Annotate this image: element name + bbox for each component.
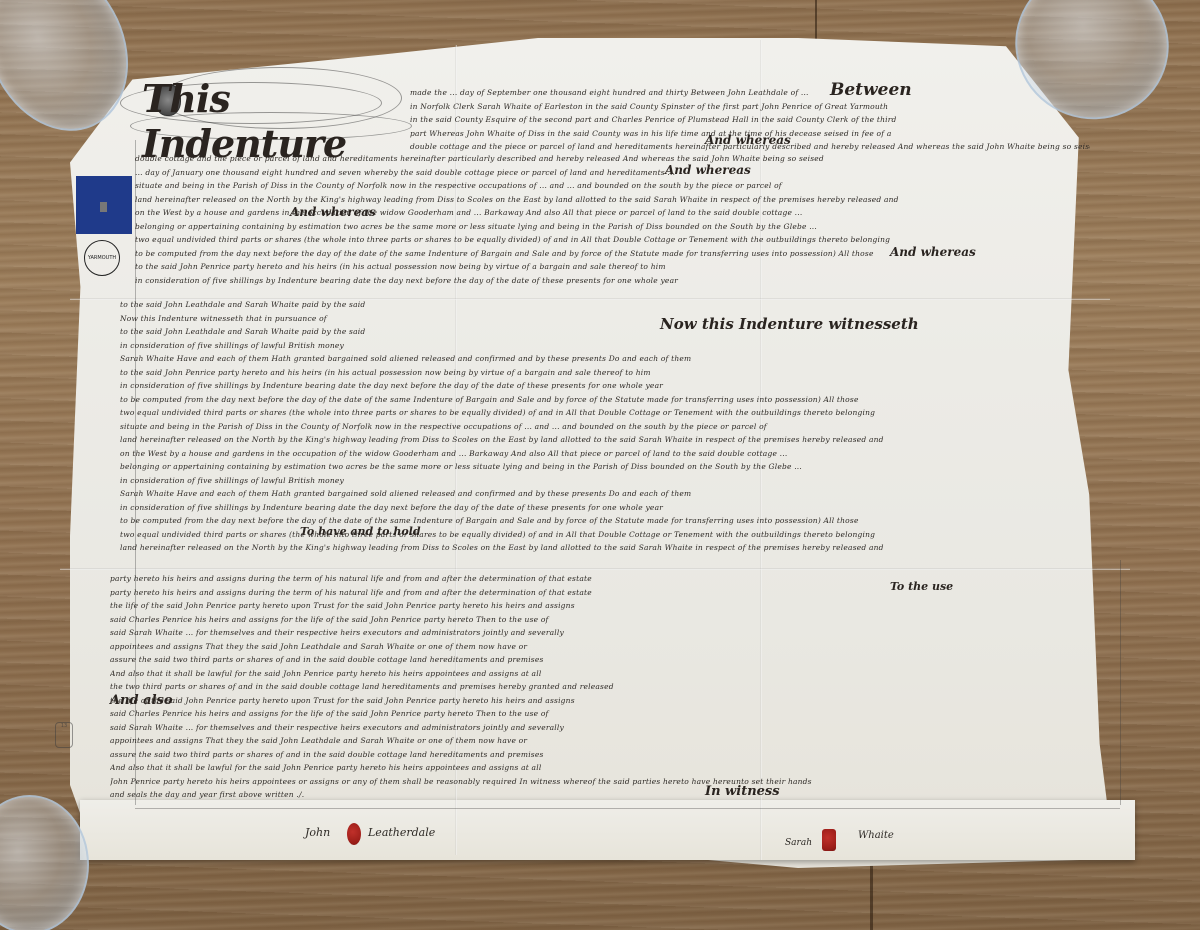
text-line: land hereinafter released on the North b… (120, 433, 1110, 447)
text-line: in consideration of five shillings by In… (120, 501, 1110, 515)
keyword-now-this-indenture: Now this Indenture witnesseth (660, 315, 919, 333)
drinking-glass-bottom-left (0, 795, 89, 930)
habendum-paragraph: party hereto his heirs and assigns durin… (110, 572, 1120, 804)
keyword-and-whereas: And whereas (890, 245, 976, 259)
text-line: Sarah Whaite Have and each of them Hath … (120, 487, 1110, 501)
text-line: appointees and assigns That they the sai… (110, 734, 1120, 748)
indenture-title-block: This Indenture (130, 62, 410, 147)
text-line: the life of the said John Penrice party … (110, 599, 1120, 613)
signature-last-name: Leatherdale (368, 826, 435, 839)
text-line: said Sarah Whaite ... for themselves and… (110, 721, 1120, 735)
table-plank-seam (870, 860, 873, 930)
keyword-in-witness: In witness (705, 784, 780, 799)
keyword-and-whereas: And whereas (290, 205, 376, 219)
text-line: situate and being in the Parish of Diss … (135, 179, 1085, 193)
text-line: assure the said two third parts or share… (110, 748, 1120, 762)
text-line: the two third parts or shares of and in … (110, 680, 1120, 694)
text-line: Sarah Whaite Have and each of them Hath … (120, 352, 1110, 366)
recital-paragraph: double cottage and the piece or parcel o… (135, 152, 1085, 302)
text-line: in the said County Esquire of the second… (410, 113, 1090, 127)
text-line: in consideration of five shillings by In… (135, 274, 1085, 288)
text-line: said Charles Penrice his heirs and assig… (110, 707, 1120, 721)
right-margin-rule (1120, 560, 1121, 805)
operative-paragraph: to the said John Leathdale and Sarah Wha… (120, 298, 1110, 568)
text-line: assure the said two third parts or share… (110, 653, 1120, 667)
text-line: appointees and assigns That they the sai… (110, 640, 1120, 654)
revenue-stamp-icon (76, 176, 132, 234)
signature-first-name: Sarah (785, 838, 812, 848)
fold-line (60, 568, 1130, 570)
text-line: belonging or appertaining containing by … (135, 220, 1085, 234)
text-line: said Sarah Whaite ... for themselves and… (110, 626, 1120, 640)
text-line: land hereinafter released on the North b… (120, 541, 1110, 555)
text-line: to the said John Leathdale and Sarah Wha… (120, 325, 1110, 339)
stamp-text: YARMOUTH (88, 255, 116, 262)
faint-stamp-icon: 13 (55, 722, 73, 748)
text-line: two equal undivided third parts or share… (120, 528, 1110, 542)
signature-last-name: Whaite (858, 830, 894, 841)
text-line: to the said John Leathdale and Sarah Wha… (120, 298, 1110, 312)
text-line: And also that it shall be lawful for the… (110, 761, 1120, 775)
text-line: to the said John Penrice party hereto an… (120, 366, 1110, 380)
text-line: said Charles Penrice his heirs and assig… (110, 613, 1120, 627)
faint-stamp-number: 13 (61, 723, 67, 729)
keyword-between: Between (830, 80, 912, 100)
keyword-to-have-and-to-hold: To have and to hold (300, 525, 421, 538)
text-line: in consideration of five shillings of la… (120, 474, 1110, 488)
text-line: land hereinafter released on the North b… (135, 193, 1085, 207)
wax-seal-icon (822, 829, 836, 851)
text-line: to be computed from the day next before … (120, 514, 1110, 528)
text-line: in consideration of five shillings by In… (120, 379, 1110, 393)
text-line: made the ... day of September one thousa… (410, 86, 1090, 100)
bottom-rule (135, 808, 1120, 809)
text-line: party hereto his heirs and assigns durin… (110, 572, 1120, 586)
text-line: to the said John Penrice party hereto an… (135, 260, 1085, 274)
keyword-and-also: And also (110, 693, 173, 708)
text-line: two equal undivided third parts or share… (120, 406, 1110, 420)
text-line: John Penrice party hereto his heirs appo… (110, 775, 1120, 789)
text-line: situate and being in the Parish of Diss … (120, 420, 1110, 434)
signature-first-name: John (305, 826, 330, 839)
text-line: and seals the day and year first above w… (110, 788, 1120, 802)
wax-seal-icon (347, 823, 361, 845)
keyword-and-whereas: And whereas (665, 163, 751, 177)
yarmouth-circle-stamp-icon: YARMOUTH (84, 240, 120, 276)
text-line: belonging or appertaining containing by … (120, 460, 1110, 474)
text-line: party hereto his heirs and assigns durin… (110, 586, 1120, 600)
text-line: on the West by a house and gardens in th… (120, 447, 1110, 461)
text-line: And also that it shall be lawful for the… (110, 667, 1120, 681)
text-line: ... day of January one thousand eight hu… (135, 166, 1085, 180)
text-line: in Norfolk Clerk Sarah Whaite of Earlest… (410, 100, 1090, 114)
text-line: on the West by a house and gardens in th… (135, 206, 1085, 220)
text-line: Now this Indenture witnesseth that in pu… (120, 312, 1110, 326)
keyword-and-whereas: And whereas (705, 133, 791, 147)
keyword-to-the-use: To the use (890, 580, 953, 593)
text-line: double cottage and the piece or parcel o… (135, 152, 1085, 166)
text-line: to be computed from the day next before … (120, 393, 1110, 407)
text-line: the life of the said John Penrice party … (110, 694, 1120, 708)
signature-band (80, 800, 1135, 860)
text-line: in consideration of five shillings of la… (120, 339, 1110, 353)
